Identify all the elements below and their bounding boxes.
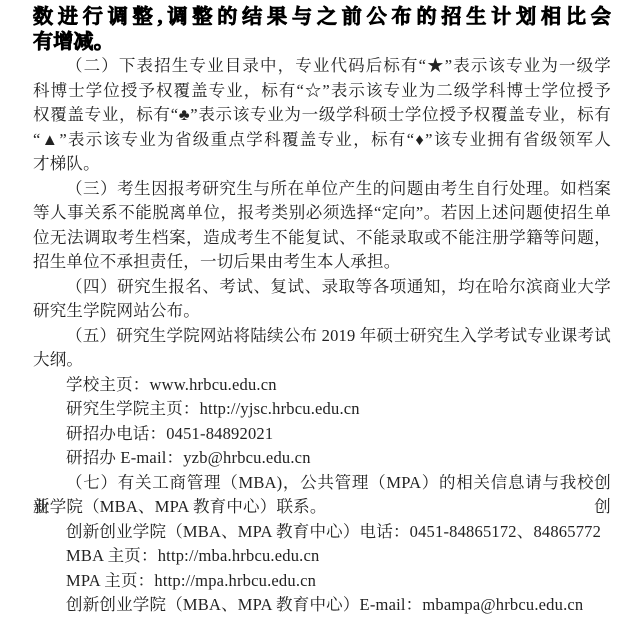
contact-admissions-email: 研招办 E-mail：yzb@hrbcu.edu.cn: [33, 446, 611, 471]
item5-line-1: （五）研究生学院网站将陆续公布 2019 年硕士研究生入学考试专业课考试: [33, 324, 611, 349]
item3-line-2: 等人事关系不能脱离单位，报考类别必须选择“定向”。若因上述问题使招生单: [33, 201, 611, 226]
item2-line-1: （二）下表招生专业目录中，专业代码后标有“★”表示该专业为一级学: [33, 54, 611, 79]
document-page: 数进行调整,调整的结果与之前公布的招生计划相比会有增减。（二）下表招生专业目录中…: [0, 0, 640, 618]
item7-line-1: （七）有关工商管理（MBA)，公共管理（MPA）的相关信息请与我校创新创: [33, 471, 611, 496]
intro-bold-line-1: 数进行调整,调整的结果与之前公布的招生计划相比会: [33, 5, 611, 30]
contact-mba-homepage: MBA 主页：http://mba.hrbcu.edu.cn: [33, 544, 611, 569]
contact-mba-center-phone: 创新创业学院（MBA、MPA 教育中心）电话：0451-84865172、848…: [33, 520, 611, 545]
item2-line-2: 科博士学位授予权覆盖专业，标有“☆”表示该专业为二级学科博士学位授予: [33, 79, 611, 104]
contact-school-homepage: 学校主页：www.hrbcu.edu.cn: [33, 373, 611, 398]
item3-line-3: 位无法调取考生档案，造成考生不能复试、不能录取或不能注册学籍等问题，: [33, 226, 611, 251]
contact-mba-center-email: 创新创业学院（MBA、MPA 教育中心）E-mail：mbampa@hrbcu.…: [33, 593, 611, 618]
item4-line-1: （四）研究生报名、考试、复试、录取等各项通知，均在哈尔滨商业大学: [33, 275, 611, 300]
contact-admissions-phone: 研招办电话：0451-84892021: [33, 422, 611, 447]
item4-line-2: 研究生学院网站公布。: [33, 299, 611, 324]
contact-grad-school-homepage: 研究生学院主页：http://yjsc.hrbcu.edu.cn: [33, 397, 611, 422]
item5-line-2: 大纲。: [33, 348, 611, 373]
item3-line-4: 招生单位不承担责任，一切后果由考生本人承担。: [33, 250, 611, 275]
item2-line-5: 才梯队。: [33, 152, 611, 177]
document-text-block: 数进行调整,调整的结果与之前公布的招生计划相比会有增减。（二）下表招生专业目录中…: [33, 5, 611, 618]
intro-bold-line-2: 有增减。: [33, 30, 611, 55]
item2-line-4: “▲”表示该专业为省级重点学科覆盖专业，标有“♦”该专业拥有省级领军人: [33, 128, 611, 153]
contact-mpa-homepage: MPA 主页：http://mpa.hrbcu.edu.cn: [33, 569, 611, 594]
item2-line-3: 权覆盖专业，标有“♣”表示该专业为一级学科硕士学位授予权覆盖专业，标有: [33, 103, 611, 128]
item3-line-1: （三）考生因报考研究生与所在单位产生的问题由考生自行处理。如档案: [33, 177, 611, 202]
